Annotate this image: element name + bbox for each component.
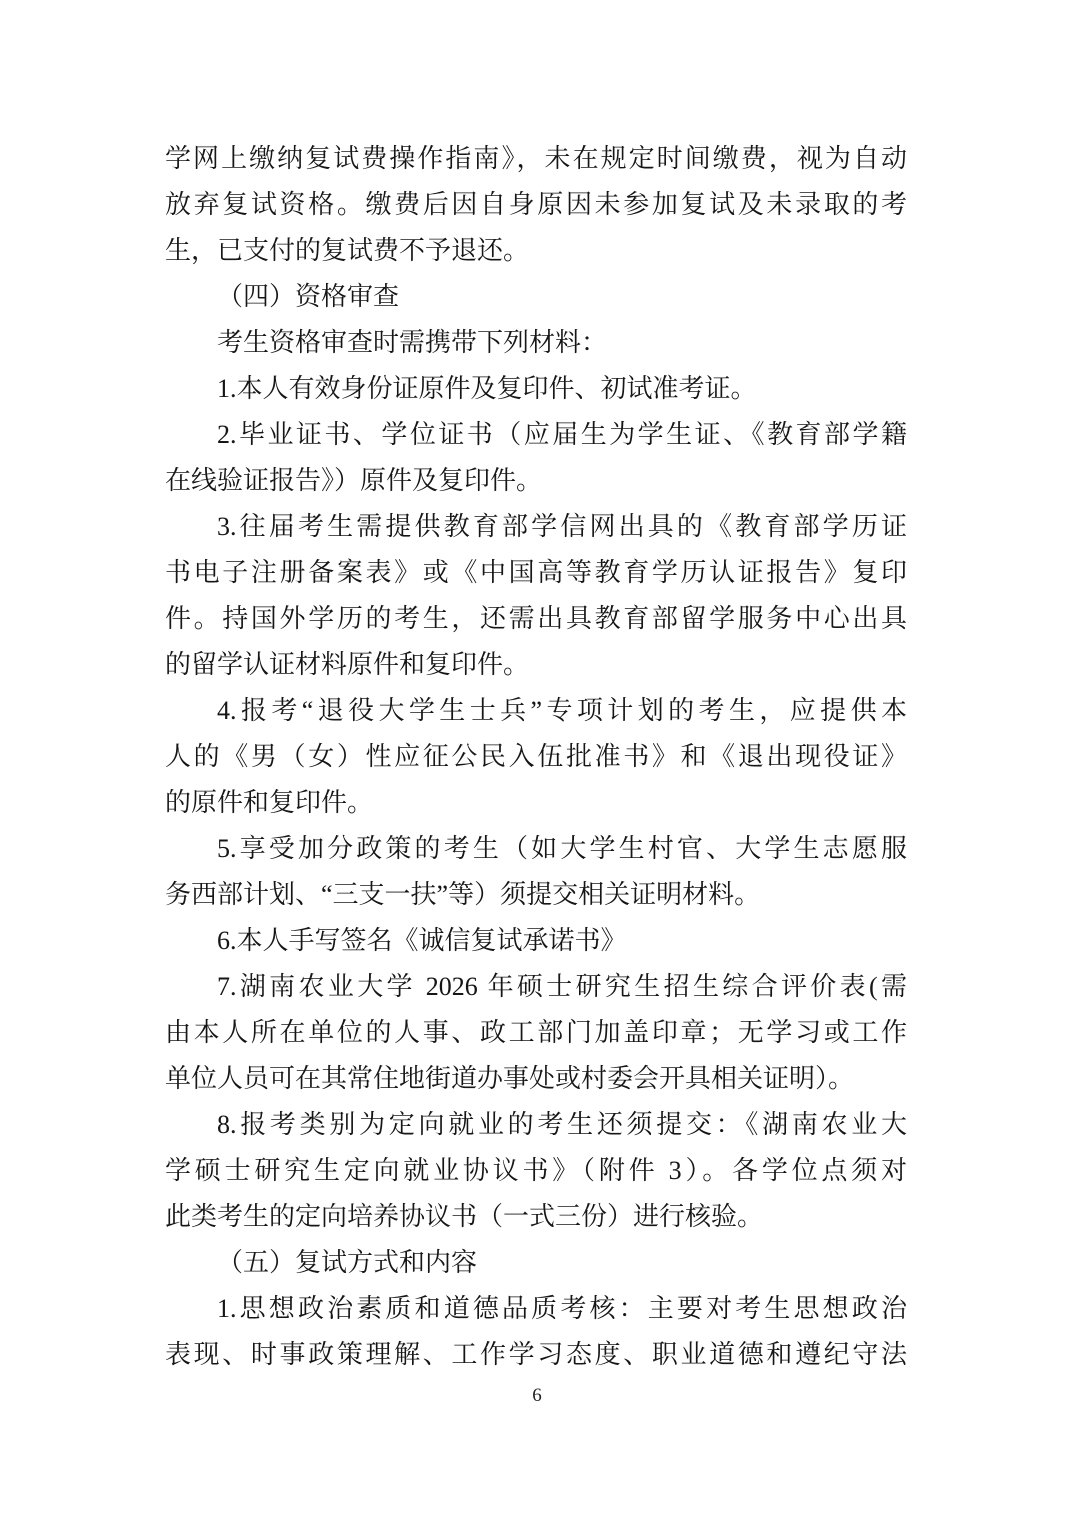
text-line: 学网上缴纳复试费操作指南》，未在规定时间缴费，视为自动 — [165, 136, 907, 182]
text-line: 书电子注册备案表》或《中国高等教育学历认证报告》复印 — [165, 550, 907, 596]
document-page: 学网上缴纳复试费操作指南》，未在规定时间缴费，视为自动放弃复试资格。缴费后因自身… — [0, 0, 1074, 1520]
text-line: 单位人员可在其常住地街道办事处或村委会开具相关证明）。 — [165, 1056, 907, 1102]
text-line: 在线验证报告》）原件及复印件。 — [165, 458, 907, 504]
text-line: 生，已支付的复试费不予退还。 — [165, 228, 907, 274]
text-line: 8.报考类别为定向就业的考生还须提交：《湖南农业大 — [165, 1102, 907, 1148]
text-line: 由本人所在单位的人事、政工部门加盖印章；无学习或工作 — [165, 1010, 907, 1056]
text-line: 此类考生的定向培养协议书（一式三份）进行核验。 — [165, 1194, 907, 1240]
text-line: 7.湖南农业大学 2026 年硕士研究生招生综合评价表(需 — [165, 964, 907, 1010]
document-body: 学网上缴纳复试费操作指南》，未在规定时间缴费，视为自动放弃复试资格。缴费后因自身… — [165, 136, 907, 1378]
text-line: 放弃复试资格。缴费后因自身原因未参加复试及未录取的考 — [165, 182, 907, 228]
text-line: 件。持国外学历的考生，还需出具教育部留学服务中心出具 — [165, 596, 907, 642]
text-line: 人的《男（女）性应征公民入伍批准书》和《退出现役证》 — [165, 734, 907, 780]
text-line: 务西部计划、“三支一扶”等）须提交相关证明材料。 — [165, 872, 907, 918]
text-line: 考生资格审查时需携带下列材料： — [165, 320, 907, 366]
text-line: 表现、时事政策理解、工作学习态度、职业道德和遵纪守法 — [165, 1332, 907, 1378]
text-line: （四）资格审查 — [165, 274, 907, 320]
text-line: 学硕士研究生定向就业协议书》（附件 3）。各学位点须对 — [165, 1148, 907, 1194]
text-line: 3.往届考生需提供教育部学信网出具的《教育部学历证 — [165, 504, 907, 550]
text-line: 2.毕业证书、学位证书（应届生为学生证、《教育部学籍 — [165, 412, 907, 458]
text-line: 的留学认证材料原件和复印件。 — [165, 642, 907, 688]
page-number: 6 — [0, 1384, 1074, 1408]
text-line: 的原件和复印件。 — [165, 780, 907, 826]
text-line: 6.本人手写签名《诚信复试承诺书》 — [165, 918, 907, 964]
text-line: （五）复试方式和内容 — [165, 1240, 907, 1286]
text-line: 4.报考“退役大学生士兵”专项计划的考生，应提供本 — [165, 688, 907, 734]
text-line: 1.思想政治素质和道德品质考核：主要对考生思想政治 — [165, 1286, 907, 1332]
text-line: 5.享受加分政策的考生（如大学生村官、大学生志愿服 — [165, 826, 907, 872]
text-line: 1.本人有效身份证原件及复印件、初试准考证。 — [165, 366, 907, 412]
